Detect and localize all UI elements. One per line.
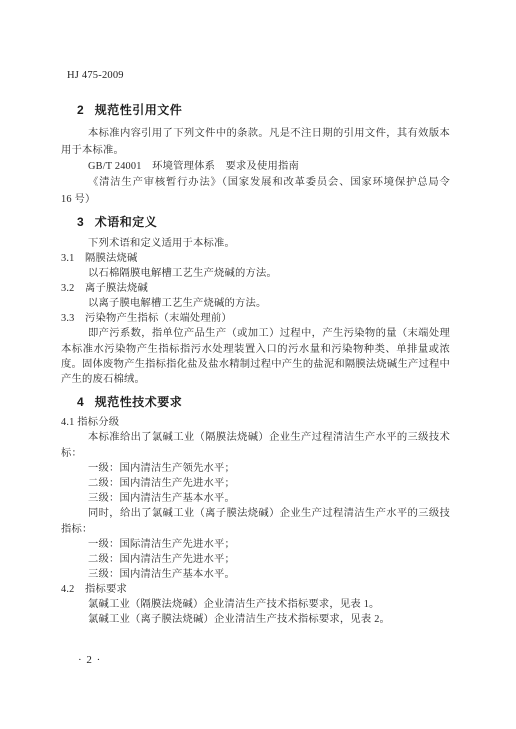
text-line: 本标准内容引用了下列文件中的条款。凡是不注日期的引用文件，其有效版本适 — [61, 126, 450, 143]
list-item-line: 三级：国内清洁生产基本水平。 — [61, 491, 450, 506]
text-line: 产生的废石棉绒。 — [61, 372, 450, 387]
text-line: 16 号） — [61, 192, 450, 208]
heading-title: 术语和定义 — [95, 216, 158, 229]
running-head: HJ 475-2009 — [61, 70, 450, 81]
heading-title: 规范性引用文件 — [95, 104, 183, 117]
section-body: 4.1 指标分级 本标准给出了氯碱工业（隔膜法烧碱）企业生产过程清洁生产水平的三… — [61, 415, 450, 627]
text-line: 以离子膜电解槽工艺生产烧碱的方法。 — [61, 296, 450, 311]
heading-title: 规范性技术要求 — [95, 396, 183, 409]
list-item-line: 一级：国际清洁生产先进水平； — [61, 537, 450, 552]
section-heading: 3 术语和定义 — [61, 216, 450, 229]
document-page: HJ 475-2009 2 规范性引用文件 本标准内容引用了下列文件中的条款。凡… — [0, 0, 516, 729]
term-number-line: 3.3 污染物产生指标（末端处理前） — [61, 311, 450, 326]
text-line: 标： — [61, 446, 450, 461]
term-number-line: 3.2 离子膜法烧碱 — [61, 281, 450, 296]
heading-number: 3 — [77, 216, 84, 229]
section-body: 本标准内容引用了下列文件中的条款。凡是不注日期的引用文件，其有效版本适 用于本标… — [61, 126, 450, 208]
text-line: GB/T 24001 环境管理体系 要求及使用指南 — [61, 159, 450, 175]
list-item-line: 三级：国内清洁生产基本水平。 — [61, 567, 450, 582]
subsection-number-line: 4.1 指标分级 — [61, 415, 450, 430]
list-item-line: 二级：国内清洁生产先进水平； — [61, 476, 450, 491]
text-line: 同时，给出了氯碱工业（离子膜法烧碱）企业生产过程清洁生产水平的三级技术 — [61, 506, 450, 522]
section-heading: 4 规范性技术要求 — [61, 396, 450, 409]
heading-number: 2 — [77, 104, 84, 117]
text-line: 度。固体废物产生指标指化盐及盐水精制过程中产生的盐泥和隔膜法烧碱生产过程中 — [61, 357, 450, 372]
text-line: 氯碱工业（离子膜法烧碱）企业清洁生产技术指标要求，见表 2。 — [61, 612, 450, 627]
heading-number: 4 — [77, 396, 84, 409]
text-line: 本标准水污染物产生指标指污水处理装置入口的污水量和污染物种类、单排量或浓 — [61, 342, 450, 357]
text-line: 氯碱工业（隔膜法烧碱）企业清洁生产技术指标要求，见表 1。 — [61, 597, 450, 612]
list-item-line: 二级：国内清洁生产先进水平； — [61, 552, 450, 567]
section-heading: 2 规范性引用文件 — [61, 104, 450, 117]
text-line: 以石棉隔膜电解槽工艺生产烧碱的方法。 — [61, 266, 450, 281]
list-item-line: 一级：国内清洁生产领先水平； — [61, 461, 450, 476]
text-line: 指标： — [61, 522, 450, 537]
text-line: 《清洁生产审核暂行办法》（国家发展和改革委员会、国家环境保护总局令 第 — [61, 175, 450, 192]
subsection-number-line: 4.2 指标要求 — [61, 582, 450, 597]
section-body: 下列术语和定义适用于本标准。 3.1 隔膜法烧碱 以石棉隔膜电解槽工艺生产烧碱的… — [61, 236, 450, 387]
text-line: 即产污系数，指单位产品生产（或加工）过程中，产生污染物的量（末端处理前）。 — [61, 326, 450, 342]
text-line: 用于本标准。 — [61, 143, 450, 159]
text-line: 下列术语和定义适用于本标准。 — [61, 236, 450, 251]
text-line: 本标准给出了氯碱工业（隔膜法烧碱）企业生产过程清洁生产水平的三级技术指 — [61, 430, 450, 446]
term-number-line: 3.1 隔膜法烧碱 — [61, 251, 450, 266]
page-number: · 2 · — [61, 654, 450, 667]
